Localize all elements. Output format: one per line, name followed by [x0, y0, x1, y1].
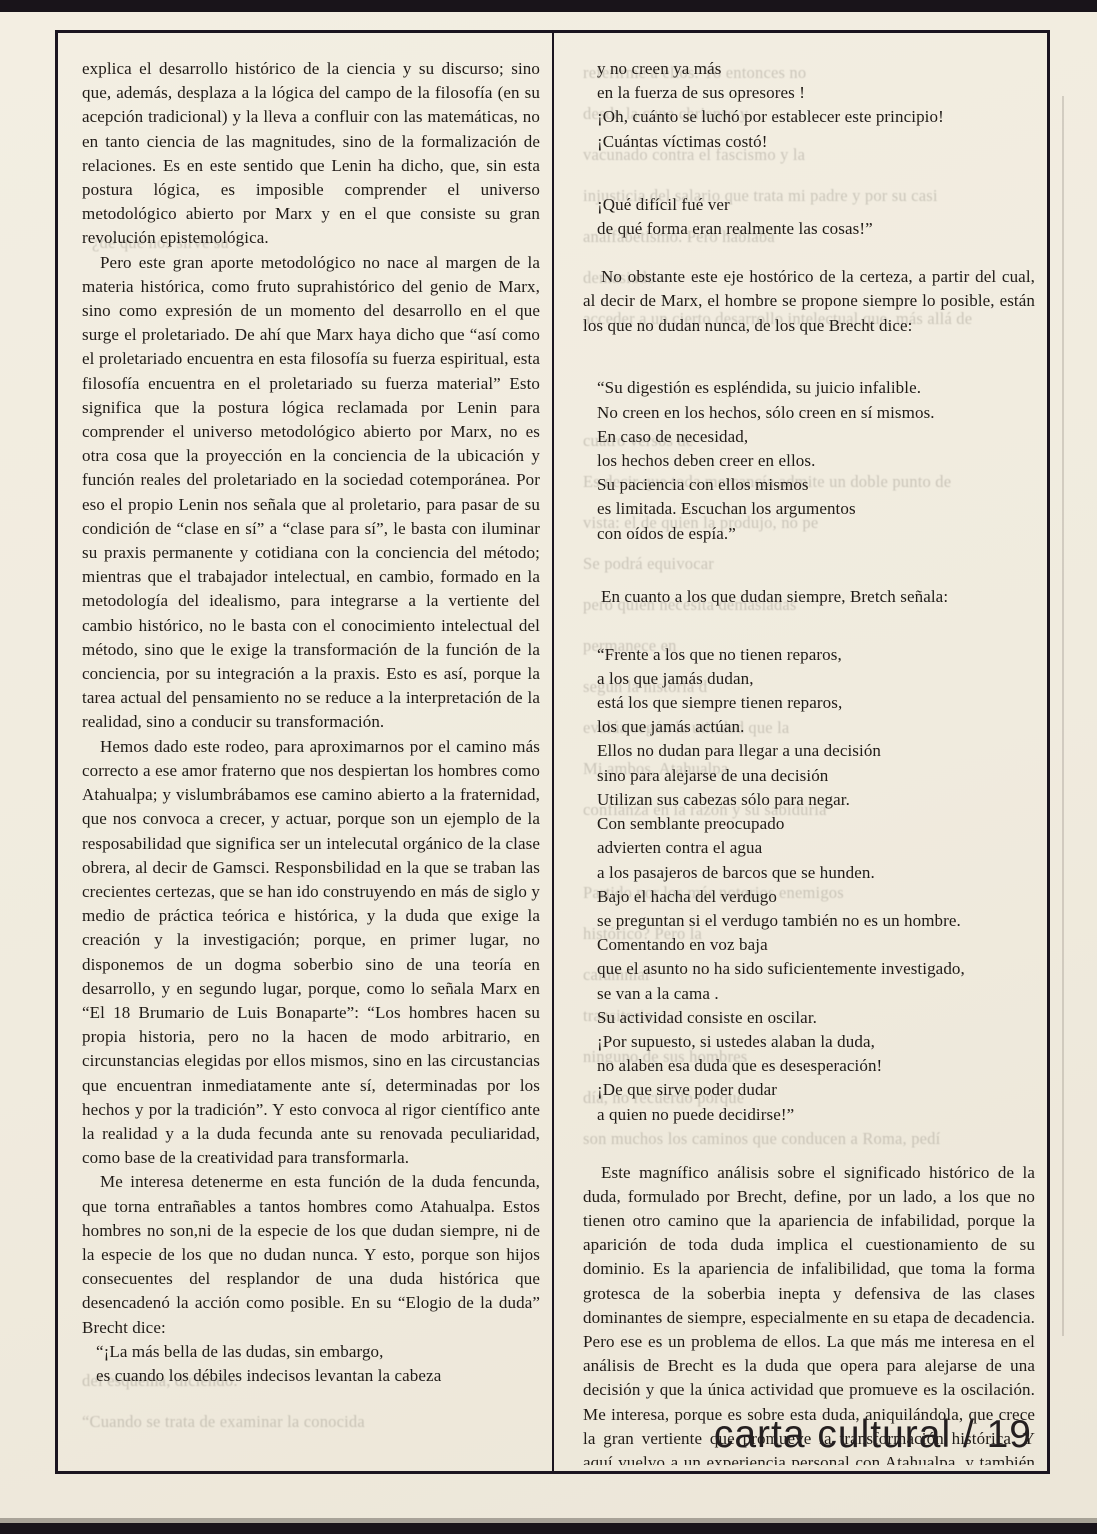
verse-line: sino para alejarse de una decisión: [583, 764, 1035, 788]
scan-edge-band-bottom: [0, 1523, 1097, 1534]
verse-line: los hechos deben creer en ellos.: [583, 449, 1035, 473]
verse-line: Comentando en voz baja: [583, 933, 1035, 957]
verse-line: y no creen ya más: [583, 57, 1035, 81]
verse-line: no alaben esa duda que es desesperación!: [583, 1054, 1035, 1078]
verse-line: de qué forma eran realmente las cosas!”: [583, 217, 1035, 241]
verse-line: En caso de necesidad,: [583, 425, 1035, 449]
verse-line: ¡Cuántas víctimas costó!: [583, 130, 1035, 154]
verse-line: que el asunto no ha sido suficientemente…: [583, 957, 1035, 981]
scanned-magazine-page: referirme a ellos. Yo entonces no desde …: [0, 0, 1097, 1534]
verse-line: “¡La más bella de las dudas, sin embargo…: [82, 1340, 540, 1364]
verse-line: se van a la cama .: [583, 982, 1035, 1006]
verse-line: “Frente a los que no tienen reparos,: [583, 643, 1035, 667]
verse-line: Utilizan sus cabezas sólo para negar.: [583, 788, 1035, 812]
verse-line: Su paciencia con ellos mismos: [583, 473, 1035, 497]
paragraph: No obstante este eje hostórico de la cer…: [583, 265, 1035, 338]
verse-line: advierten contra el agua: [583, 836, 1035, 860]
right-text-column: y no creen ya másen la fuerza de sus opr…: [583, 57, 1035, 1465]
paragraph: Hemos dado este rodeo, para aproximarnos…: [82, 735, 540, 1171]
footer-magazine-page-label: carta cultural / 19: [583, 1413, 1032, 1457]
paper-crease-line: [1062, 96, 1064, 1336]
verse-block: y no creen ya másen la fuerza de sus opr…: [583, 57, 1035, 154]
column-divider-rule: [552, 33, 554, 1471]
verse-line: ¡Por supuesto, si ustedes alaban la duda…: [583, 1030, 1035, 1054]
verse-line: con oídos de espía.”: [583, 522, 1035, 546]
verse-line: es cuando los débiles indecisos levantan…: [82, 1364, 540, 1388]
verse-block: “¡La más bella de las dudas, sin embargo…: [82, 1340, 540, 1388]
verse-line: “Su digestión es espléndida, su juicio i…: [583, 376, 1035, 400]
verse-block: “Su digestión es espléndida, su juicio i…: [583, 376, 1035, 545]
verse-line: Bajo el hacha del verdugo: [583, 885, 1035, 909]
left-text-column: explica el desarrollo histórico de la ci…: [82, 57, 540, 1465]
verse-block: ¡Qué difícil fué verde qué forma eran re…: [583, 193, 1035, 241]
verse-line: está los que siempre tienen reparos,: [583, 691, 1035, 715]
verse-line: a quien no puede decidirse!”: [583, 1103, 1035, 1127]
verse-line: se preguntan si el verdugo también no es…: [583, 909, 1035, 933]
scan-edge-band-top: [0, 0, 1097, 12]
verse-line: Su actividad consiste en oscilar.: [583, 1006, 1035, 1030]
paragraph: Me interesa detenerme en esta función de…: [82, 1170, 540, 1339]
verse-line: a los que jamás dudan,: [583, 667, 1035, 691]
verse-line: No creen en los hechos, sólo creen en sí…: [583, 401, 1035, 425]
verse-line: es limitada. Escuchan los argumentos: [583, 497, 1035, 521]
verse-line: en la fuerza de sus opresores !: [583, 81, 1035, 105]
paragraph: Pero este gran aporte metodológico no na…: [82, 251, 540, 735]
verse-line: ¡De que sirve poder dudar: [583, 1078, 1035, 1102]
paragraph: En cuanto a los que dudan siempre, Bretc…: [583, 585, 1035, 609]
paragraph: explica el desarrollo histórico de la ci…: [82, 57, 540, 251]
verse-line: los que jamás actúan.: [583, 715, 1035, 739]
verse-line: ¡Qué difícil fué ver: [583, 193, 1035, 217]
verse-block: “Frente a los que no tienen reparos,a lo…: [583, 643, 1035, 1127]
verse-line: ¡Oh, cuánto se luchó por establecer este…: [583, 105, 1035, 129]
verse-line: a los pasajeros de barcos que se hunden.: [583, 861, 1035, 885]
verse-line: Con semblante preocupado: [583, 812, 1035, 836]
verse-line: Ellos no dudan para llegar a una decisió…: [583, 739, 1035, 763]
